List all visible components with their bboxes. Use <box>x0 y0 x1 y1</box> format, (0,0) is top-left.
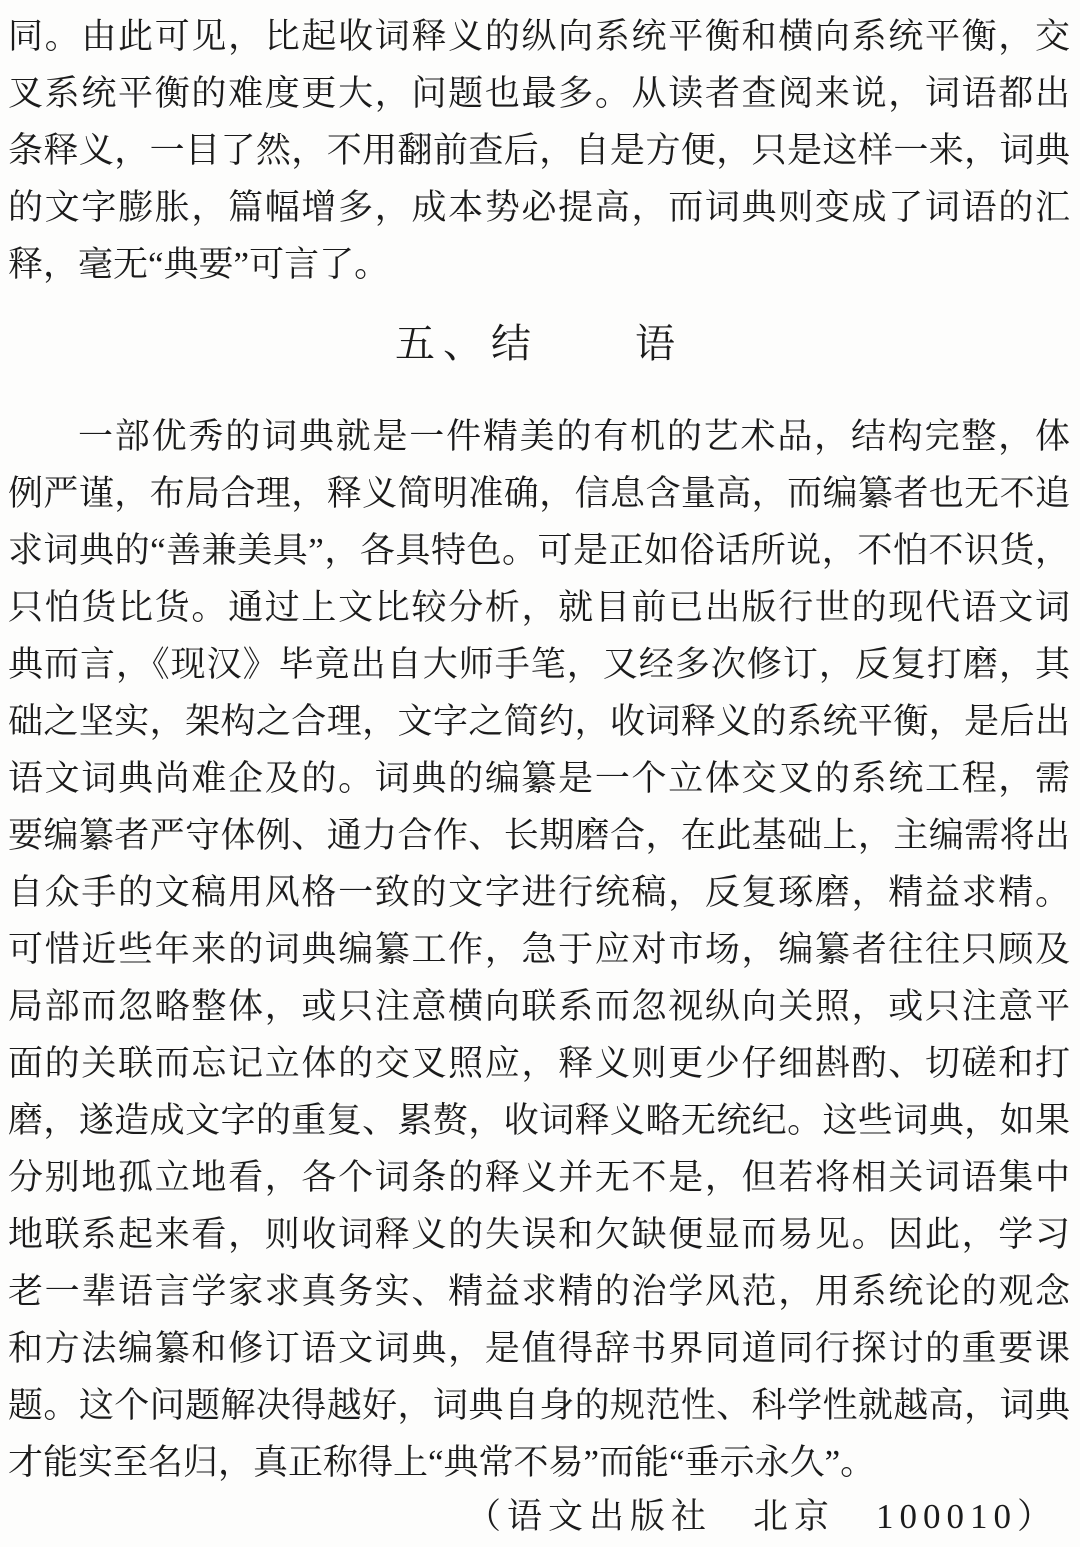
document-page: 同。由此可见，比起收词释义的纵向系统平衡和横向系统平衡，交 叉系统平衡的难度更大… <box>0 0 1080 1547</box>
text-line: 才能实至名归，真正称得上“典常不易”而能“垂示永久”。 <box>8 1434 1070 1491</box>
text-line: 要编纂者严守体例、通力合作、长期磨合，在此基础上，主编需将出 <box>8 807 1070 864</box>
text-line: 同。由此可见，比起收词释义的纵向系统平衡和横向系统平衡，交 <box>8 8 1070 65</box>
text-line: 语文词典尚难企及的。词典的编纂是一个立体交叉的系统工程，需 <box>8 750 1070 807</box>
text-line: 地联系起来看，则收词释义的失误和欠缺便显而易见。因此，学习 <box>8 1206 1070 1263</box>
text-line: 题。这个问题解决得越好，词典自身的规范性、科学性就越高，词典 <box>8 1377 1070 1434</box>
text-line: 面的关联而忘记立体的交叉照应，释义则更少仔细斟酌、切磋和打 <box>8 1035 1070 1092</box>
text-line: 老一辈语言学家求真务实、精益求精的治学风范，用系统论的观念 <box>8 1263 1070 1320</box>
text-line: 和方法编纂和修订语文词典，是值得辞书界同道同行探讨的重要课 <box>8 1320 1070 1377</box>
text-line: 局部而忽略整体，或只注意横向联系而忽视纵向关照，或只注意平 <box>8 978 1070 1035</box>
text-line: 础之坚实，架构之合理，文字之简约，收词释义的系统平衡，是后出 <box>8 693 1070 750</box>
section-heading: 五、结 语 <box>8 315 1070 372</box>
text-line: 可惜近些年来的词典编纂工作，急于应对市场，编纂者往往只顾及 <box>8 921 1070 978</box>
text-line: 例严谨，布局合理，释义简明准确，信息含量高，而编纂者也无不追 <box>8 465 1070 522</box>
text-line: 求词典的“善兼美具”，各具特色。可是正如俗话所说，不怕不识货， <box>8 522 1070 579</box>
continued-paragraph: 同。由此可见，比起收词释义的纵向系统平衡和横向系统平衡，交 叉系统平衡的难度更大… <box>8 8 1070 293</box>
text-line: 条释义，一目了然，不用翻前查后，自是方便，只是这样一来，词典 <box>8 122 1070 179</box>
text-line: 叉系统平衡的难度更大，问题也最多。从读者查阅来说，词语都出 <box>8 65 1070 122</box>
text-line: 释，毫无“典要”可言了。 <box>8 236 1070 293</box>
text-line: 只怕货比货。通过上文比较分析，就目前已出版行世的现代语文词 <box>8 579 1070 636</box>
text-line: 一部优秀的词典就是一件精美的有机的艺术品，结构完整，体 <box>8 408 1070 465</box>
text-line: 典而言，《现汉》毕竟出自大师手笔，又经多次修订，反复打磨，其基 <box>8 636 1070 693</box>
publisher-line: （语文出版社 北京 100010） <box>8 1491 1070 1543</box>
text-line: 自众手的文稿用风格一致的文字进行统稿，反复琢磨，精益求精。 <box>8 864 1070 921</box>
text-line: 分别地孤立地看，各个词条的释义并无不是，但若将相关词语集中 <box>8 1149 1070 1206</box>
conclusion-paragraph: 一部优秀的词典就是一件精美的有机的艺术品，结构完整，体 例严谨，布局合理，释义简… <box>8 408 1070 1491</box>
text-line: 磨，遂造成文字的重复、累赘，收词释义略无统纪。这些词典，如果 <box>8 1092 1070 1149</box>
text-line: 的文字膨胀，篇幅增多，成本势必提高，而词典则变成了词语的汇 <box>8 179 1070 236</box>
